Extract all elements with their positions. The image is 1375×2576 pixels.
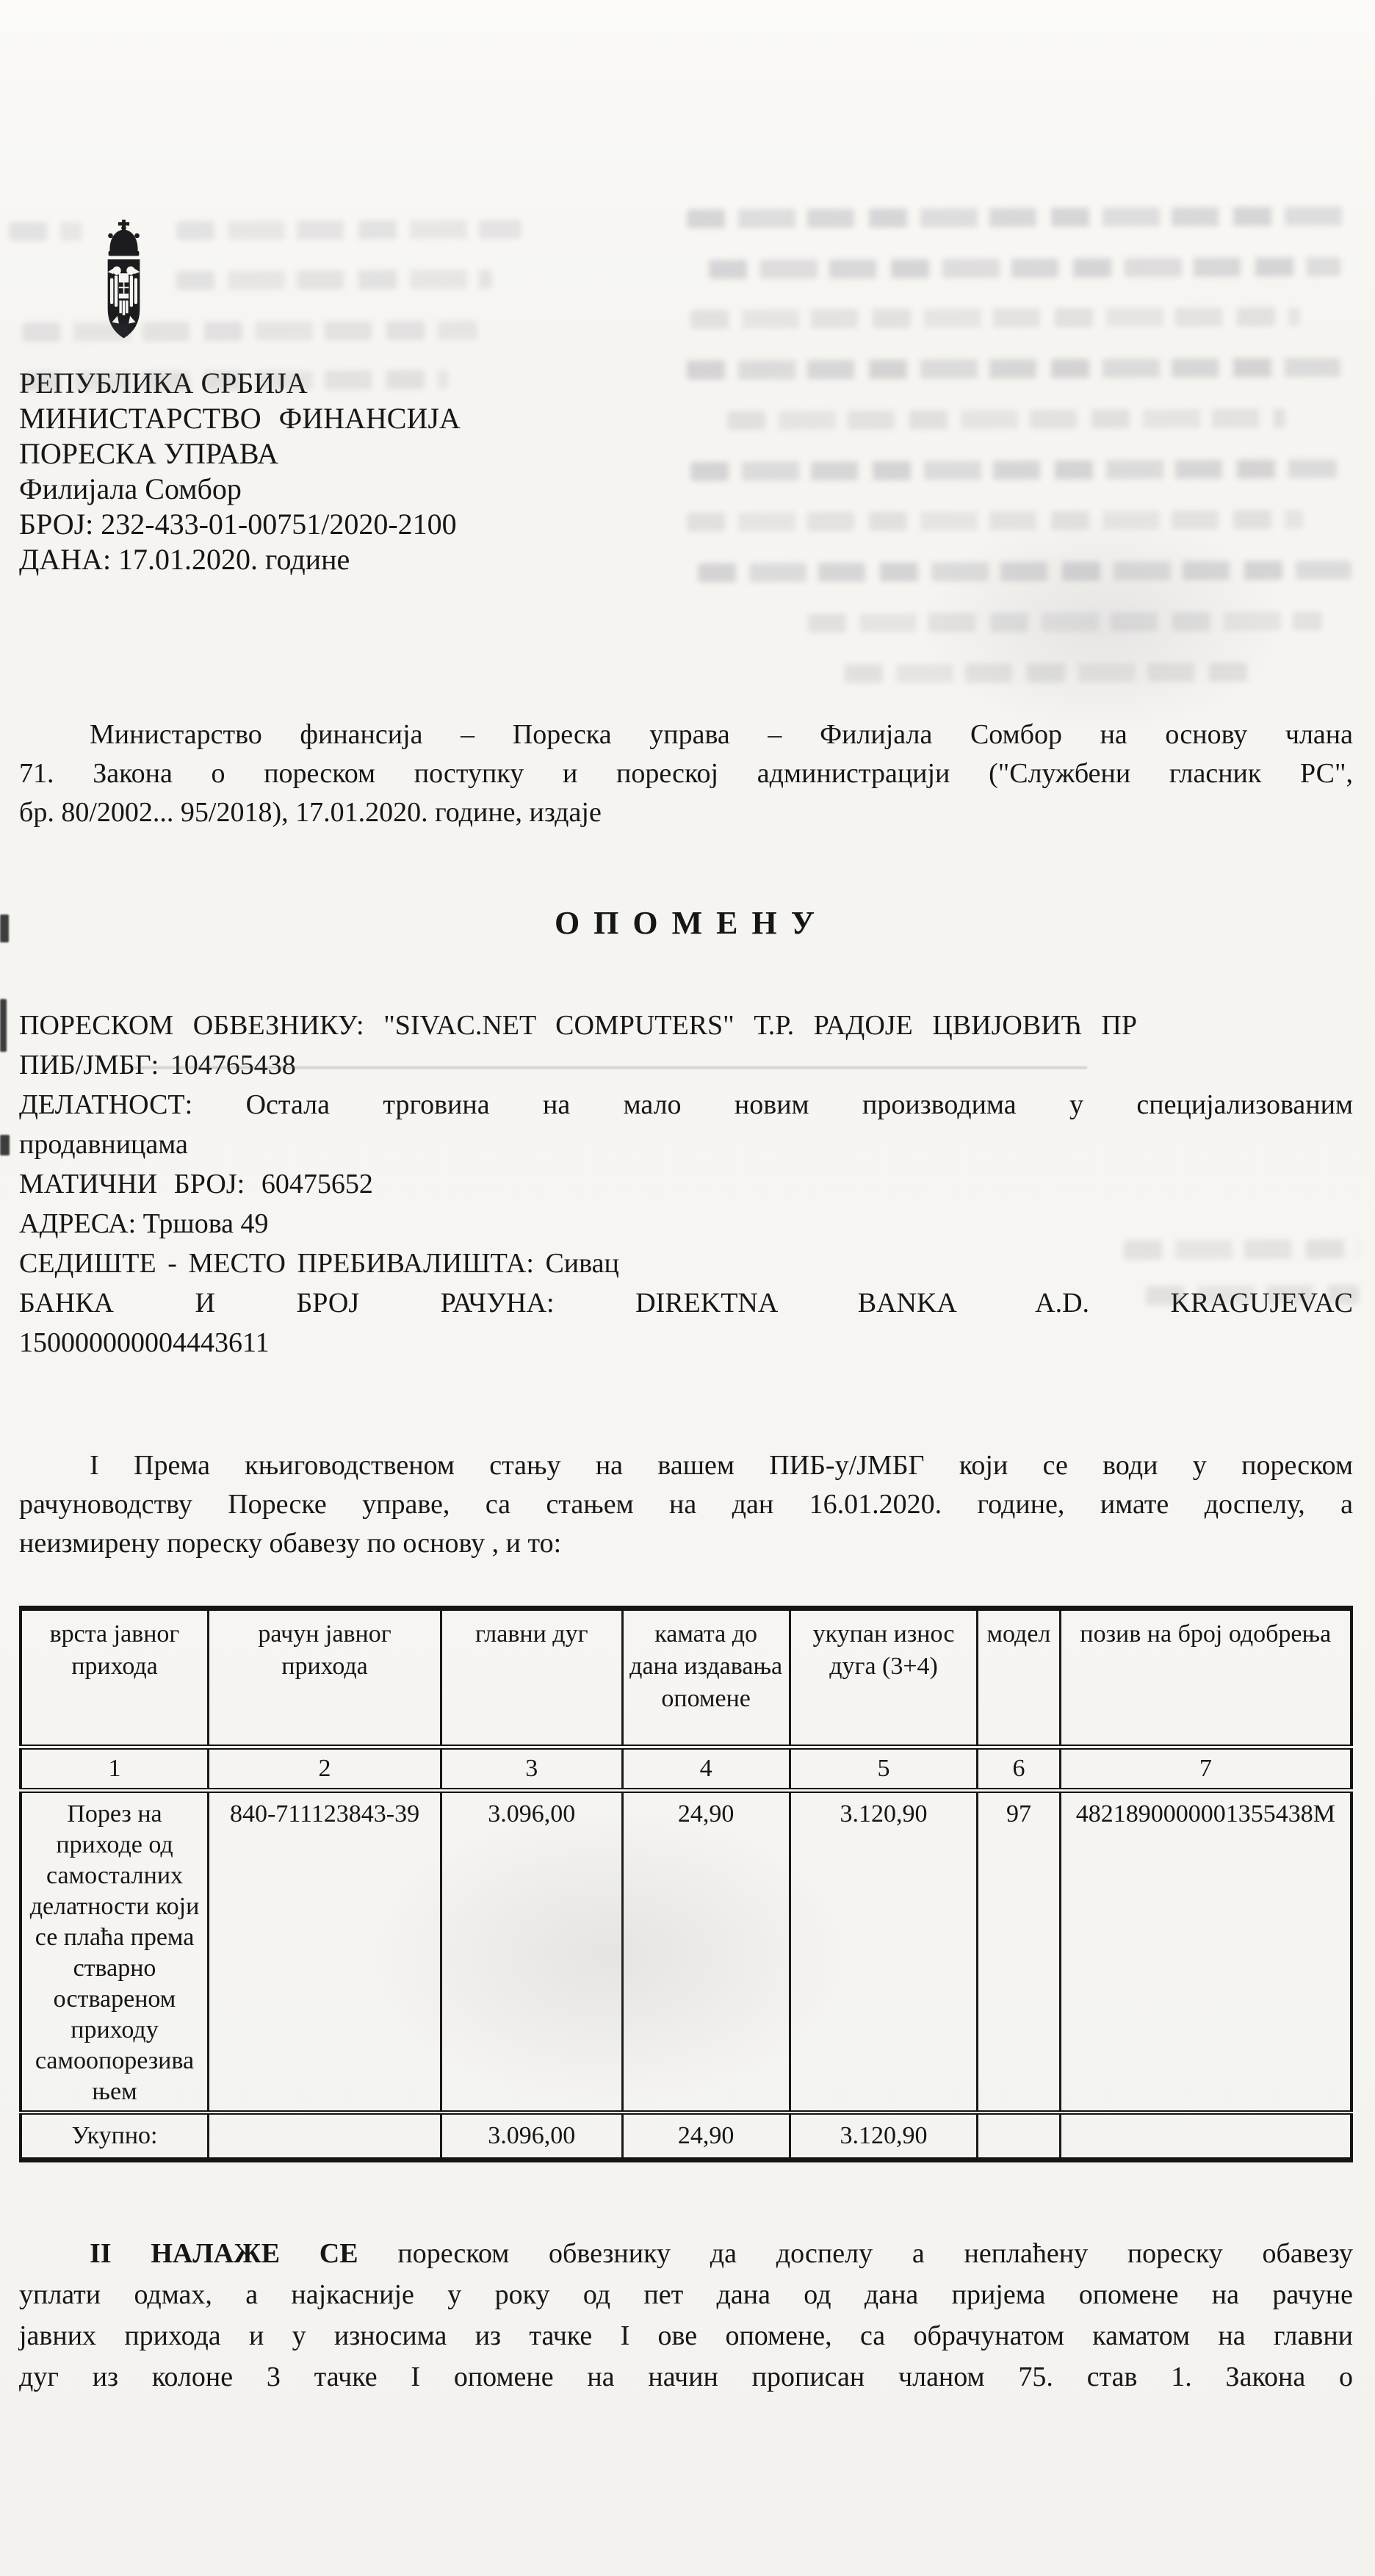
column-number: 2 bbox=[208, 1747, 441, 1791]
debt-row-vrsta: Порез на приходе од самосталних делатнос… bbox=[21, 1791, 208, 2113]
scan-streak bbox=[132, 1067, 1087, 1069]
ghost-text-line bbox=[687, 358, 1340, 380]
section-ii-bold: НАЛАЖЕ СЕ bbox=[151, 2238, 358, 2269]
taxpayer-delatnost: ДЕЛАТНОСТ: Остала трговина на мало новим… bbox=[19, 1085, 1353, 1164]
paper-crease bbox=[845, 470, 1359, 779]
section-ii-roman: II bbox=[90, 2238, 112, 2269]
debt-row-model: 97 bbox=[978, 1791, 1060, 2113]
section-i-line: неизмирену пореску обавезу по основу , и… bbox=[19, 1524, 1353, 1563]
section-i-line: рачуноводству Пореске управе, са стањем … bbox=[19, 1485, 1353, 1524]
totals-label: Укупно: bbox=[21, 2113, 208, 2160]
taxpayer-adresa: АДРЕСА: Тршова 49 bbox=[19, 1204, 1353, 1244]
scanned-tax-notice-page: РЕПУБЛИКА СРБИЈА МИНИСТАРСТВО ФИНАНСИЈА … bbox=[0, 0, 1375, 2576]
taxpayer-delatnost-line: продавницама bbox=[19, 1125, 1353, 1164]
section-ii-line: јавних прихода и у износима из тачке I о… bbox=[19, 2315, 1353, 2356]
column-number: 6 bbox=[978, 1747, 1060, 1791]
paper-crease bbox=[279, 1748, 940, 2160]
totals-empty bbox=[978, 2113, 1060, 2160]
totals-ukupan-iznos: 3.120,90 bbox=[790, 2113, 977, 2160]
debt-row-poziv: 4821890000001355438M bbox=[1060, 1791, 1351, 2113]
scan-edge-artifact bbox=[0, 1135, 10, 1155]
ghost-text-line bbox=[22, 370, 448, 392]
ghost-text-line bbox=[727, 408, 1285, 430]
intro-line: бр. 80/2002... 95/2018), 17.01.2020. год… bbox=[19, 793, 1353, 832]
ghost-text-line bbox=[709, 257, 1340, 279]
table-header-row: врста јавног прихода рачун јавног приход… bbox=[21, 1609, 1351, 1747]
column-header-poziv: позив на број одобрења bbox=[1060, 1609, 1351, 1747]
totals-empty bbox=[208, 2113, 441, 2160]
notice-title: О П О М Е Н У bbox=[19, 903, 1353, 944]
section-ii-line: дуг из колоне 3 тачке I опомене на начин… bbox=[19, 2356, 1353, 2398]
column-header-racun: рачун јавног прихода bbox=[208, 1609, 441, 1747]
section-ii-line: уплати одмах, а најкасније у року од пет… bbox=[19, 2274, 1353, 2315]
column-header-kamata: камата до дана издавања опомене bbox=[622, 1609, 790, 1747]
ghost-text-line bbox=[690, 307, 1300, 329]
column-header-glavni-dug: главни дуг bbox=[441, 1609, 622, 1747]
ghost-text-line bbox=[176, 270, 492, 290]
column-header-model: модел bbox=[978, 1609, 1060, 1747]
section-ii-line: II НАЛАЖЕ СЕ пореском обвезнику да доспе… bbox=[19, 2233, 1353, 2274]
section-i-paragraph: I Према књиговодственом стању на вашем П… bbox=[19, 1446, 1353, 1563]
column-header-ukupan-iznos: укупан износ дуга (3+4) bbox=[790, 1609, 977, 1747]
section-ii-paragraph: II НАЛАЖЕ СЕ пореском обвезнику да доспе… bbox=[19, 2233, 1353, 2398]
taxpayer-delatnost-line: ДЕЛАТНОСТ: Остала трговина на мало новим… bbox=[19, 1085, 1353, 1125]
ghost-text-line bbox=[22, 321, 477, 342]
taxpayer-account-number: 150000000004443611 bbox=[19, 1323, 1353, 1363]
section-i-line: I Према књиговодственом стању на вашем П… bbox=[19, 1446, 1353, 1485]
taxpayer-section: ПОРЕСКОМ ОБВЕЗНИКУ: "SIVAC.NET COMPUTERS… bbox=[19, 1006, 1353, 1363]
ghost-text-line bbox=[9, 222, 82, 241]
scan-edge-artifact bbox=[0, 999, 7, 1052]
taxpayer-pib: ПИБ/ЈМБГ: 104765438 bbox=[19, 1045, 1353, 1085]
column-number: 7 bbox=[1060, 1747, 1351, 1791]
section-ii-line1-rest: пореском обвезнику да доспелу а неплаћен… bbox=[397, 2238, 1353, 2269]
ghost-text-line bbox=[1146, 1285, 1359, 1305]
taxpayer-maticni-broj: МАТИЧНИ БРОЈ: 60475652 bbox=[19, 1164, 1353, 1204]
ghost-text-line bbox=[687, 206, 1351, 228]
totals-empty bbox=[1060, 2113, 1351, 2160]
taxpayer-name: ПОРЕСКОМ ОБВЕЗНИКУ: "SIVAC.NET COMPUTERS… bbox=[19, 1006, 1353, 1045]
column-header-vrsta: врста јавног прихода bbox=[21, 1609, 208, 1747]
ghost-text-line bbox=[176, 220, 522, 240]
column-number: 1 bbox=[21, 1747, 208, 1791]
ghost-text-line bbox=[1124, 1239, 1359, 1259]
ghost-text-line bbox=[690, 459, 1337, 481]
column-number: 5 bbox=[790, 1747, 977, 1791]
scan-edge-artifact bbox=[0, 914, 9, 942]
